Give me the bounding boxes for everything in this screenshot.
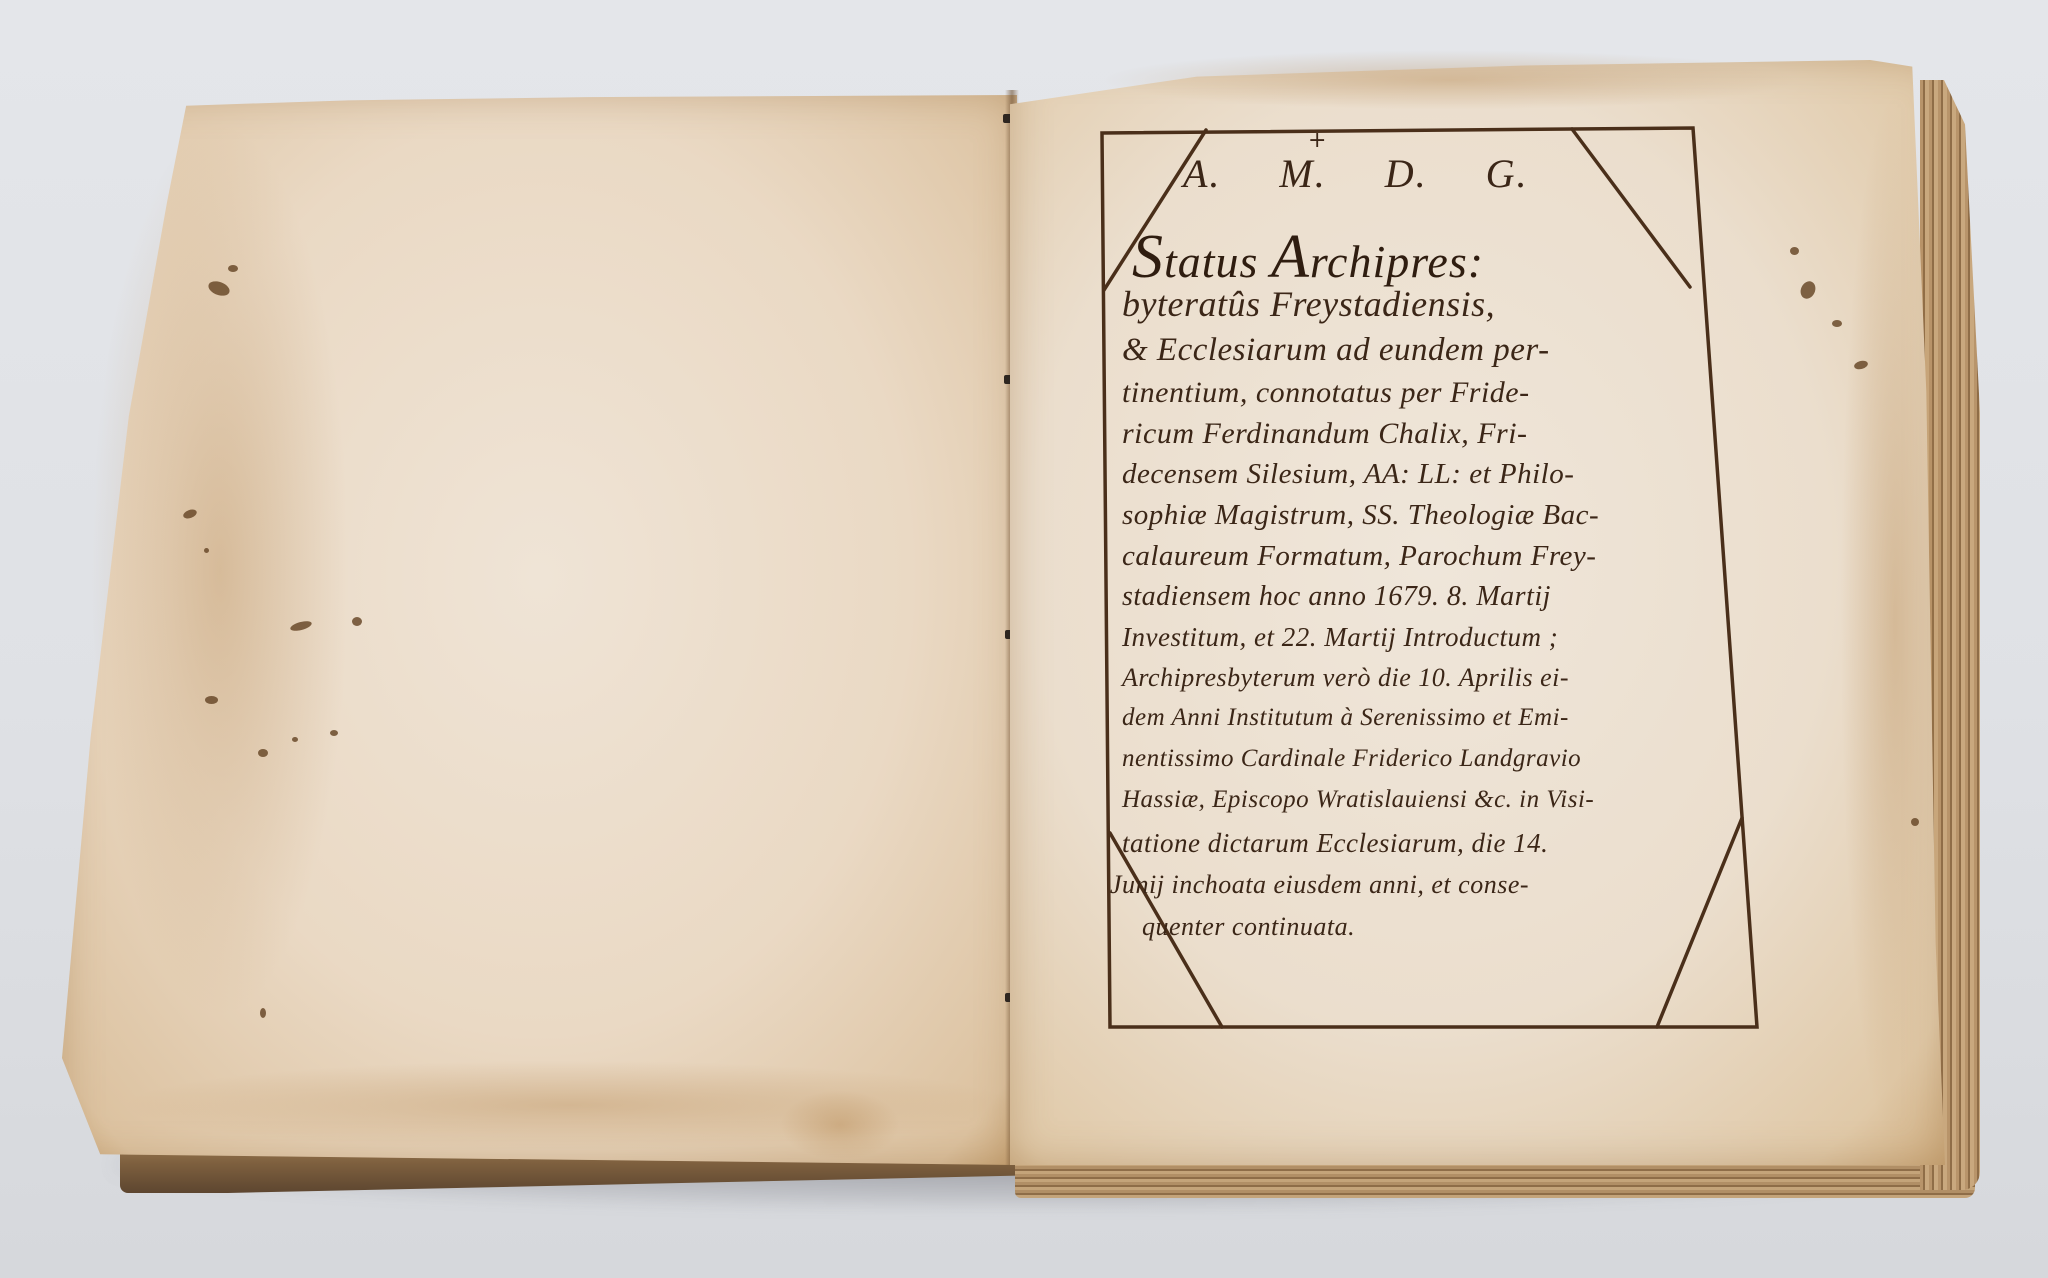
manuscript-line: dem Anni Institutum à Serenissimo et Emi…	[1122, 704, 1569, 732]
fore-edge-stain	[1840, 90, 1950, 1150]
ink-spot	[330, 730, 338, 736]
manuscript-line: nentissimo Cardinale Friderico Landgravi…	[1122, 745, 1581, 773]
manuscript-line: stadiensem hoc anno 1679. 8. Martij	[1122, 581, 1551, 613]
manuscript-line: tatione dictarum Ecclesiarum, die 14.	[1122, 828, 1548, 859]
manuscript-line: ricum Ferdinandum Chalix, Fri-	[1122, 417, 1528, 451]
title-word-archipres: rchipres:	[1310, 236, 1484, 287]
manuscript-line: & Ecclesiarum ad eundem per-	[1122, 332, 1550, 369]
title-initial-a: A	[1271, 223, 1310, 291]
manuscript-line: quenter continuata.	[1142, 912, 1355, 942]
wormhole-spot	[1832, 320, 1842, 327]
wormhole-spot	[1790, 247, 1799, 255]
wormhole-spot	[1911, 818, 1919, 826]
photo-scene: + A. M. D. G. Status Archipres: byteratû…	[0, 0, 2048, 1278]
manuscript-line: calaureum Formatum, Parochum Frey-	[1122, 540, 1596, 573]
title-initial-s: S	[1132, 223, 1164, 291]
manuscript-line: tinentium, connotatus per Fride-	[1122, 376, 1530, 410]
manuscript-line: Investitum, et 22. Martij Introductum ;	[1122, 622, 1558, 653]
manuscript-line: sophiæ Magistrum, SS. Theologiæ Bac-	[1122, 499, 1599, 532]
ink-spot	[292, 737, 298, 742]
ink-spot	[228, 265, 238, 272]
ink-spot	[205, 696, 218, 704]
ink-spot	[204, 548, 209, 553]
top-edge-stain	[1100, 50, 1800, 110]
water-stain	[780, 1090, 900, 1160]
ink-spot	[258, 749, 268, 757]
ink-spot	[260, 1008, 266, 1018]
ink-spot	[352, 617, 362, 626]
manuscript-line: byteratûs Freystadiensis,	[1122, 283, 1495, 325]
manuscript-line: decensem Silesium, AA: LL: et Philo-	[1122, 458, 1574, 491]
manuscript-line: Archipresbyterum verò die 10. Aprilis ei…	[1122, 663, 1569, 693]
manuscript-line: Junij inchoata eiusdem anni, et conse-	[1110, 870, 1529, 900]
left-edge-stain	[90, 120, 350, 1020]
title-word-status: tatus	[1164, 236, 1271, 287]
motto-amdg: A. M. D. G.	[1183, 150, 1529, 197]
manuscript-line: Hassiæ, Episcopo Wratislauiensi &c. in V…	[1122, 786, 1594, 814]
